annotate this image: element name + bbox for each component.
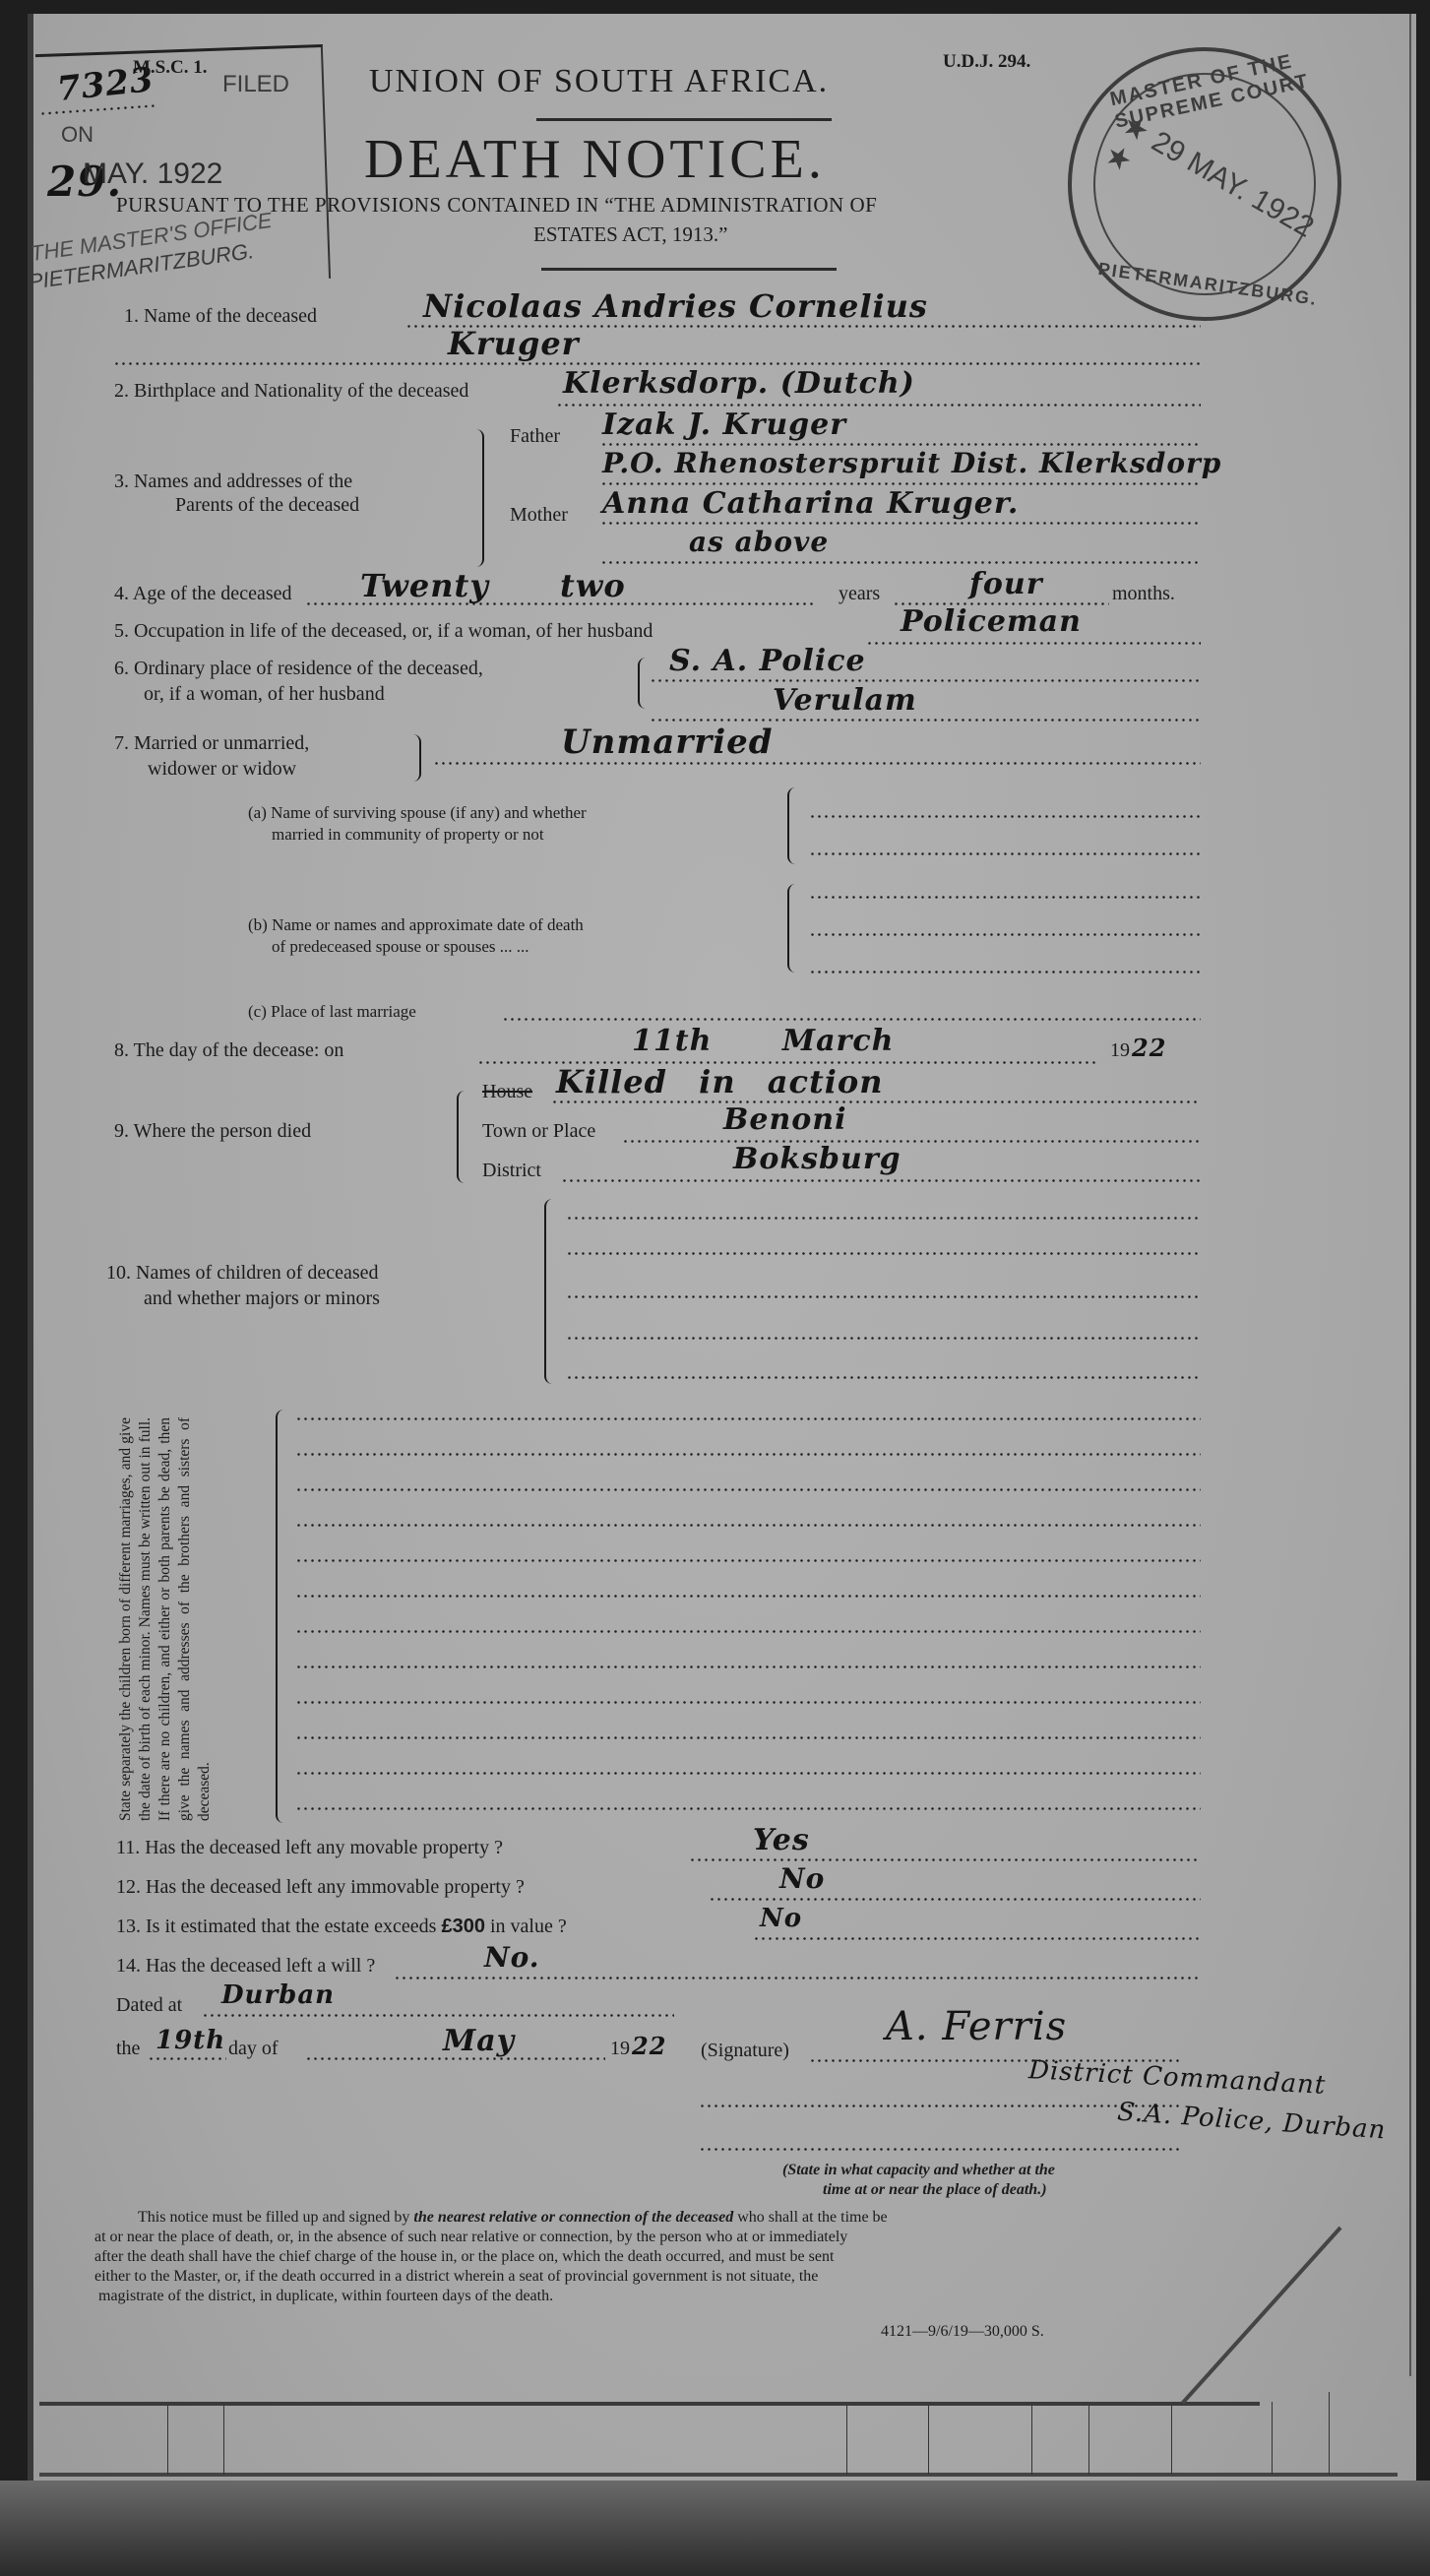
q4-months-value[interactable]: four — [969, 567, 1043, 601]
q6-label-line1: 6. Ordinary place of residence of the de… — [114, 658, 483, 680]
instructions-line2: at or near the place of death, or, in th… — [94, 2229, 847, 2246]
q7-label-line2: widower or widow — [148, 758, 296, 781]
children-instructions: State separately the children born of di… — [116, 1417, 234, 1821]
instructions-line4: either to the Master, or, if the death o… — [94, 2268, 818, 2286]
instructions-line1: This notice must be filled up and signed… — [138, 2209, 888, 2227]
tab-divider — [1272, 2402, 1273, 2475]
q7-value[interactable]: Unmarried — [561, 723, 774, 762]
q6-line1[interactable] — [650, 679, 1201, 682]
tab-divider — [846, 2406, 847, 2475]
children-line-11[interactable] — [295, 1772, 1201, 1775]
q7b-label-line1: (b) Name or names and approximate date o… — [248, 915, 584, 935]
instructions-line1-pre: This notice must be filled up and signed… — [138, 2209, 413, 2226]
q7-brace — [411, 734, 421, 782]
q3-label-line2: Parents of the deceased — [175, 494, 359, 517]
day-value[interactable]: 19th — [155, 2026, 225, 2055]
q1-label: 1. Name of the deceased — [124, 305, 317, 328]
children-line-8[interactable] — [295, 1665, 1201, 1668]
q7b-line1[interactable] — [809, 896, 1201, 899]
q5-line[interactable] — [866, 642, 1201, 645]
q7b-line2[interactable] — [809, 933, 1201, 936]
q4-years-value[interactable]: Twenty two — [360, 567, 626, 604]
father-address[interactable]: P.O. Rhenosterspruit Dist. Klerksdorp — [602, 447, 1221, 479]
tab-divider — [1171, 2406, 1172, 2475]
q10-brace — [544, 1199, 554, 1384]
father-line[interactable] — [600, 443, 1201, 446]
signature-value[interactable]: A. Ferris — [886, 2004, 1067, 2049]
capacity-line2[interactable] — [699, 2148, 1183, 2151]
house-value[interactable]: Killed in action — [556, 1063, 883, 1100]
q3-brace — [472, 429, 484, 567]
q13-label-post: in value ? — [485, 1916, 567, 1937]
q8-value[interactable]: 11th March — [632, 1024, 894, 1058]
tab-divider — [223, 2406, 224, 2475]
q7-line[interactable] — [433, 762, 1201, 765]
q14-line[interactable] — [394, 1977, 1201, 1979]
the-label: the — [116, 2038, 140, 2060]
q1-value-line1[interactable]: Nicolaas Andries Cornelius — [423, 287, 928, 325]
tab-divider — [167, 2406, 168, 2475]
q10-line1[interactable] — [566, 1217, 1201, 1220]
q13-value[interactable]: No — [760, 1904, 802, 1933]
binding-strip — [0, 2481, 1430, 2576]
q1-line2[interactable] — [113, 362, 1201, 365]
q4-months-label: months. — [1112, 583, 1175, 605]
filed-on-label: ON — [61, 122, 93, 148]
q14-label: 14. Has the deceased left a will ? — [116, 1955, 375, 1978]
q6-value-line2[interactable]: Verulam — [773, 683, 917, 718]
children-line-1[interactable] — [295, 1417, 1201, 1420]
district-line[interactable] — [561, 1179, 1201, 1182]
q6-brace — [638, 658, 648, 709]
q13-line[interactable] — [753, 1937, 1201, 1940]
form-code: U.D.J. 294. — [943, 51, 1030, 73]
instructions-line5: magistrate of the district, in duplicate… — [98, 2288, 553, 2305]
q13-amount: £300 — [441, 1916, 485, 1937]
tab-divider — [1031, 2406, 1032, 2475]
instructions-line3: after the death shall have the chief cha… — [94, 2248, 834, 2266]
q7a-line2[interactable] — [809, 852, 1201, 855]
q10-label-line1: 10. Names of children of deceased — [106, 1262, 379, 1285]
q3-label-line1: 3. Names and addresses of the — [114, 471, 352, 493]
subtitle-line1: PURSUANT TO THE PROVISIONS CONTAINED IN … — [116, 193, 877, 218]
mother-address-line[interactable] — [600, 561, 1201, 564]
q8-year-value[interactable]: 22 — [1132, 1034, 1166, 1062]
q7a-label-line2: married in community of property or not — [272, 825, 544, 845]
q1-value-line2[interactable]: Kruger — [448, 325, 580, 362]
day-of-label: day of — [228, 2038, 279, 2060]
q10-line5[interactable] — [566, 1376, 1201, 1379]
mother-name[interactable]: Anna Catharina Kruger. — [602, 486, 1019, 521]
filed-label: FILED — [222, 71, 289, 98]
district-label: District — [482, 1160, 541, 1182]
dated-at-value[interactable]: Durban — [221, 1980, 335, 2010]
dated-at-line[interactable] — [202, 2014, 674, 2017]
house-line[interactable] — [551, 1100, 1201, 1103]
q10-line2[interactable] — [566, 1252, 1201, 1255]
children-line-4[interactable] — [295, 1524, 1201, 1527]
q4-years-label: years — [839, 583, 880, 605]
heading-rule — [536, 118, 832, 121]
children-line-2[interactable] — [295, 1453, 1201, 1456]
q8-year-prefix: 19 — [1110, 1039, 1130, 1062]
town-value[interactable]: Benoni — [723, 1102, 846, 1137]
filing-date: MAY. 1922 — [83, 157, 222, 191]
children-line-6[interactable] — [295, 1595, 1201, 1598]
capacity-note-line1: (State in what capacity and whether at t… — [782, 2162, 1055, 2179]
house-label: House — [482, 1081, 532, 1103]
q7a-line1[interactable] — [809, 815, 1201, 818]
q10-line4[interactable] — [566, 1337, 1201, 1340]
q13-label: 13. Is it estimated that the estate exce… — [116, 1916, 567, 1938]
town-line[interactable] — [622, 1140, 1201, 1143]
q11-label: 11. Has the deceased left any movable pr… — [116, 1837, 503, 1859]
q7-label-line1: 7. Married or unmarried, — [114, 732, 309, 755]
instructions-line1-post: who shall at the time be — [733, 2209, 887, 2226]
q10-label-line2: and whether majors or minors — [144, 1288, 380, 1310]
page-title: DEATH NOTICE. — [364, 128, 826, 191]
q12-label: 12. Has the deceased left any immovable … — [116, 1876, 525, 1899]
q11-value[interactable]: Yes — [753, 1823, 810, 1857]
mother-address[interactable]: as above — [689, 526, 829, 558]
filing-code: M.S.C. 1. — [133, 57, 207, 79]
q10-line3[interactable] — [566, 1295, 1201, 1298]
q12-value[interactable]: No — [779, 1862, 825, 1895]
subtitle-rule — [541, 268, 837, 271]
year-prefix: 19 — [610, 2038, 630, 2060]
year-value[interactable]: 22 — [632, 2032, 666, 2060]
subtitle-line2: ESTATES ACT, 1913.” — [533, 222, 727, 247]
q7c-line[interactable] — [502, 1018, 1201, 1021]
q4-label: 4. Age of the deceased — [114, 583, 291, 605]
q7c-label: (c) Place of last marriage — [248, 1002, 416, 1022]
q6-value-line1[interactable]: S. A. Police — [669, 644, 866, 678]
tab-divider — [1329, 2392, 1330, 2475]
children-line-10[interactable] — [295, 1736, 1201, 1739]
q14-value[interactable]: No. — [484, 1941, 540, 1974]
father-name[interactable]: Izak J. Kruger — [602, 408, 846, 442]
children-line-7[interactable] — [295, 1630, 1201, 1633]
mother-label: Mother — [510, 504, 568, 527]
father-label: Father — [510, 425, 560, 448]
children-brace — [276, 1410, 285, 1823]
q6-line2[interactable] — [650, 719, 1201, 722]
q7b-line3[interactable] — [809, 971, 1201, 974]
q2-label: 2. Birthplace and Nationality of the dec… — [114, 380, 468, 403]
children-line-3[interactable] — [295, 1488, 1201, 1491]
instructions-line1-italic: the nearest relative or connection of th… — [413, 2209, 733, 2226]
q8-label: 8. The day of the decease: on — [114, 1039, 343, 1062]
q2-value[interactable]: Klerksdorp. (Dutch) — [563, 366, 915, 401]
q7a-label-line1: (a) Name of surviving spouse (if any) an… — [248, 803, 587, 823]
children-line-12[interactable] — [295, 1807, 1201, 1810]
children-line-5[interactable] — [295, 1559, 1201, 1562]
country-heading: UNION OF SOUTH AFRICA. — [369, 63, 829, 100]
q9-label: 9. Where the person died — [114, 1120, 311, 1143]
dated-at-label: Dated at — [116, 1994, 182, 2017]
q5-value[interactable]: Policeman — [901, 604, 1082, 639]
q2-line[interactable] — [556, 404, 1201, 407]
capacity-line1[interactable] — [699, 2105, 1183, 2107]
signature-label: (Signature) — [701, 2040, 789, 2062]
district-value[interactable]: Boksburg — [733, 1142, 902, 1176]
q11-line[interactable] — [689, 1858, 1201, 1861]
fold-line-top — [39, 2402, 1260, 2406]
fold-line-bottom — [39, 2473, 1398, 2477]
tab-divider — [1088, 2406, 1089, 2475]
print-code: 4121—9/6/19—30,000 S. — [881, 2323, 1044, 2341]
month-value[interactable]: May — [443, 2024, 515, 2058]
q9-brace — [457, 1091, 466, 1183]
children-line-9[interactable] — [295, 1701, 1201, 1704]
day-line[interactable] — [148, 2057, 226, 2060]
town-label: Town or Place — [482, 1120, 595, 1143]
q7b-label-line2: of predeceased spouse or spouses ... ... — [272, 937, 529, 957]
q7a-brace — [787, 787, 795, 864]
tab-divider — [928, 2406, 929, 2475]
q7b-brace — [787, 884, 795, 973]
q6-label-line2: or, if a woman, of her husband — [144, 683, 385, 706]
capacity-note-line2: time at or near the place of death.) — [823, 2181, 1047, 2199]
q12-line[interactable] — [709, 1898, 1201, 1901]
q13-label-pre: 13. Is it estimated that the estate exce… — [116, 1916, 441, 1937]
page-edge — [1409, 14, 1411, 2376]
mother-line[interactable] — [600, 522, 1201, 525]
q5-label: 5. Occupation in life of the deceased, o… — [114, 620, 653, 643]
father-address-line[interactable] — [600, 482, 1201, 485]
